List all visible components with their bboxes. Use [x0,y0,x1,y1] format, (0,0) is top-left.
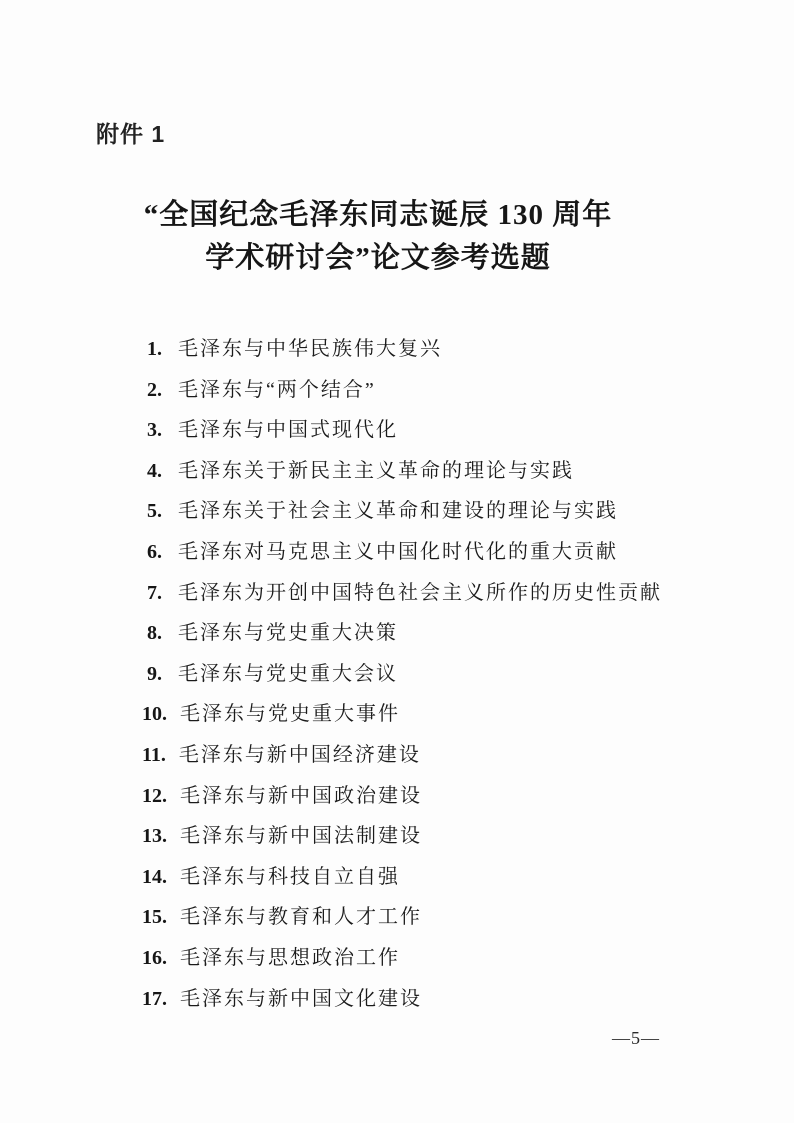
topic-number: 11. [142,735,166,776]
topic-text: 毛泽东与中华民族伟大复兴 [178,338,442,360]
topic-text: 毛泽东与“两个结合” [178,379,376,401]
topic-item: 16.毛泽东与思想政治工作 [0,938,794,979]
topic-number: 3. [147,410,162,451]
topic-text: 毛泽东对马克思主义中国化时代化的重大贡献 [178,541,618,563]
topic-item: 12.毛泽东与新中国政治建设 [0,776,794,817]
topic-number: 6. [147,532,162,573]
topic-item: 17.毛泽东与新中国文化建设 [0,979,794,1020]
document-title: “全国纪念毛泽东同志诞辰 130 周年 学术研讨会”论文参考选题 [0,194,794,280]
topic-text: 毛泽东关于社会主义革命和建设的理论与实践 [178,500,618,522]
topic-list: 1.毛泽东与中华民族伟大复兴 2.毛泽东与“两个结合” 3.毛泽东与中国式现代化… [0,329,794,1019]
topic-item: 7.毛泽东为开创中国特色社会主义所作的历史性贡献 [0,573,794,614]
topic-number: 5. [147,491,162,532]
topic-text: 毛泽东与新中国经济建设 [179,744,421,766]
topic-item: 11.毛泽东与新中国经济建设 [0,735,794,776]
title-line-2: 学术研讨会”论文参考选题 [0,237,756,280]
topic-item: 15.毛泽东与教育和人才工作 [0,897,794,938]
topic-number: 13. [142,816,167,857]
topic-item: 1.毛泽东与中华民族伟大复兴 [0,329,794,370]
topic-text: 毛泽东与新中国文化建设 [180,988,422,1010]
topic-number: 15. [142,897,167,938]
topic-text: 毛泽东与党史重大决策 [178,622,398,644]
topic-item: 5.毛泽东关于社会主义革命和建设的理论与实践 [0,491,794,532]
topic-item: 8.毛泽东与党史重大决策 [0,613,794,654]
topic-number: 7. [147,573,162,614]
topic-text: 毛泽东与中国式现代化 [178,419,398,441]
topic-item: 2.毛泽东与“两个结合” [0,370,794,411]
topic-item: 6.毛泽东对马克思主义中国化时代化的重大贡献 [0,532,794,573]
topic-text: 毛泽东与党史重大事件 [180,703,400,725]
topic-number: 10. [142,694,167,735]
page-number: —5— [612,1028,660,1049]
topic-text: 毛泽东与新中国政治建设 [180,785,422,807]
topic-number: 14. [142,857,167,898]
topic-text: 毛泽东关于新民主主义革命的理论与实践 [178,460,574,482]
topic-text: 毛泽东与新中国法制建设 [180,825,422,847]
topic-number: 16. [142,938,167,979]
topic-item: 14.毛泽东与科技自立自强 [0,857,794,898]
topic-item: 3.毛泽东与中国式现代化 [0,410,794,451]
attachment-label: 附件 1 [96,116,165,149]
topic-item: 4.毛泽东关于新民主主义革命的理论与实践 [0,451,794,492]
topic-number: 8. [147,613,162,654]
title-line-1: “全国纪念毛泽东同志诞辰 130 周年 [0,194,756,237]
topic-text: 毛泽东与科技自立自强 [180,866,400,888]
topic-text: 毛泽东为开创中国特色社会主义所作的历史性贡献 [178,582,662,604]
topic-number: 2. [147,370,162,411]
topic-item: 13.毛泽东与新中国法制建设 [0,816,794,857]
topic-text: 毛泽东与思想政治工作 [180,947,400,969]
topic-number: 4. [147,451,162,492]
document-page: 附件 1 “全国纪念毛泽东同志诞辰 130 周年 学术研讨会”论文参考选题 1.… [0,0,794,1123]
topic-text: 毛泽东与教育和人才工作 [180,906,422,928]
topic-number: 9. [147,654,162,695]
topic-item: 9.毛泽东与党史重大会议 [0,654,794,695]
topic-number: 17. [142,979,167,1020]
topic-text: 毛泽东与党史重大会议 [178,663,398,685]
topic-number: 1. [147,329,162,370]
topic-item: 10.毛泽东与党史重大事件 [0,694,794,735]
topic-number: 12. [142,776,167,817]
